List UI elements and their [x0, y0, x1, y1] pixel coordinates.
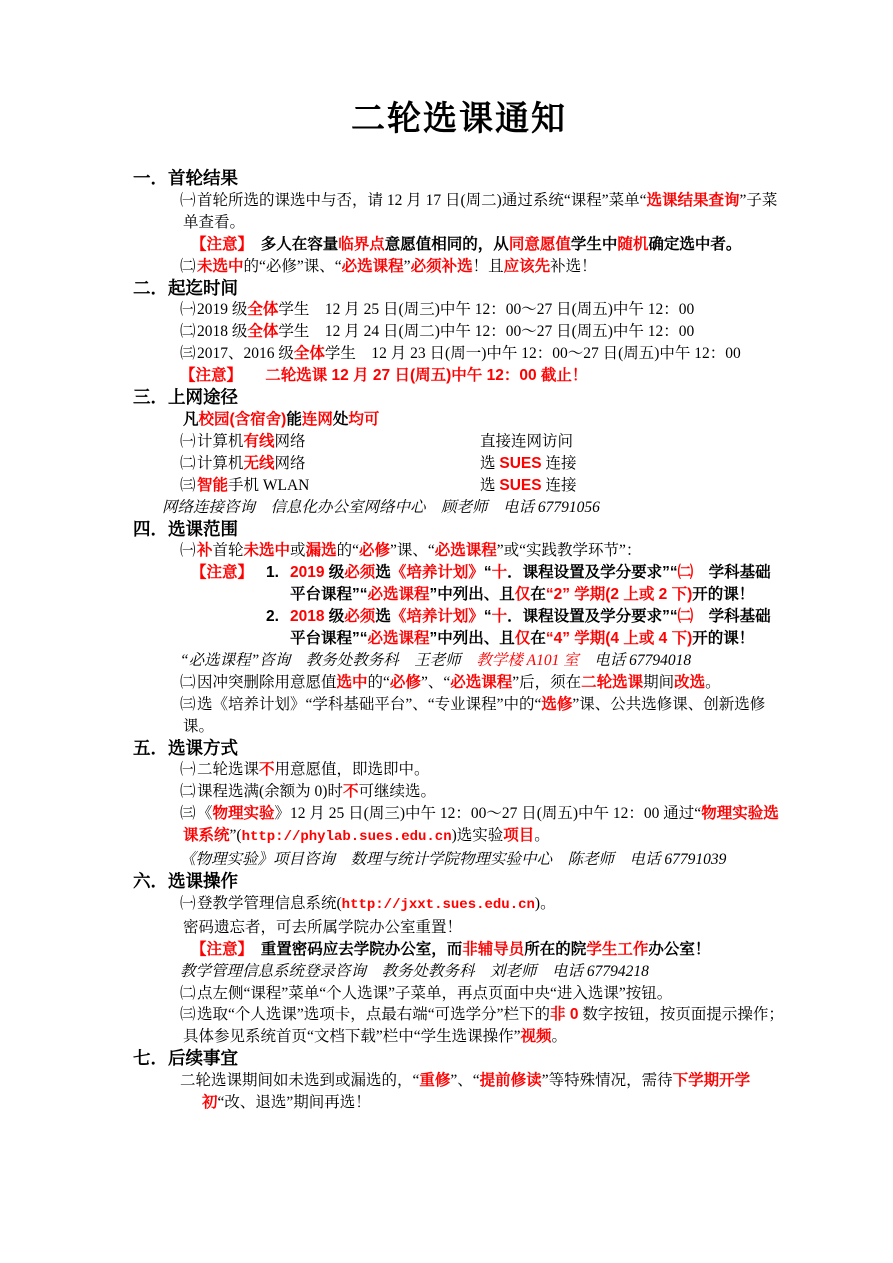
list-item: ㈡因冲突删除用意愿值选中的“必修”、“必选课程”后，须在二轮选课期间改选。	[133, 672, 785, 694]
section-heading: 六．选课操作	[133, 871, 785, 893]
item-number: 2.	[266, 606, 279, 628]
text-run: 重修	[419, 1072, 450, 1089]
text-run: 【注意】	[191, 236, 245, 253]
text-run: 十	[492, 564, 508, 581]
item-marker: ㈡	[166, 781, 196, 803]
text-run: 在	[530, 630, 546, 647]
document-title: 二轮选课通知	[133, 94, 785, 144]
text-run: 必须	[344, 608, 375, 625]
item-marker: ㈡	[166, 672, 196, 694]
text-run: 2019 级	[197, 301, 247, 318]
text-run: 选	[375, 608, 391, 625]
text-run: 选修	[541, 696, 572, 713]
text-run: 选	[480, 455, 499, 472]
text-run: 处	[333, 411, 349, 428]
text-run: ”(	[230, 827, 242, 844]
text-run: 《	[197, 805, 213, 822]
text-run: “2” 学期(2 上或 2 下)	[546, 586, 692, 603]
text-run: 选课结果查询	[646, 192, 739, 209]
text-run: 确定选中者。	[648, 236, 741, 253]
text-run: ”、“	[421, 674, 450, 691]
text-run: ”中列出、且	[430, 630, 515, 647]
text-run: 学生 12 月 25 日(周三)中午 12：00～27 日(周五)中午 12：0…	[278, 301, 694, 318]
list-item: ㈢《物理实验》12 月 25 日(周三)中午 12：00～27 日(周五)中午 …	[133, 803, 785, 849]
text-run: )。	[535, 895, 556, 912]
item-marker: ㈡	[166, 453, 196, 475]
notice-line: 【注意】 二轮选课 12 月 27 日(周五)中午 12：00 截止！	[180, 365, 785, 387]
url-text: http://phylab.sues.edu.cn	[242, 829, 452, 845]
text-run: 的“	[337, 542, 359, 559]
text-run: 级	[324, 608, 344, 625]
text-run: 临界点	[338, 236, 385, 253]
text-run: SUES	[499, 455, 541, 472]
text-run: 在	[530, 586, 546, 603]
text-run: 均可	[348, 411, 379, 428]
item-marker: ㈢	[166, 343, 196, 365]
intro-line: 凡校园(含宿舍)能连网处均可	[183, 409, 785, 431]
list-item: ㈢选《培养计划》“学科基础平台”、“专业课程”中的“选修”课、公共选修课、创新选…	[133, 694, 785, 738]
text-run: 首轮	[213, 542, 244, 559]
list-item: ㈢选取“个人选课”选项卡，点最右端“可选学分”栏下的非 0 数字按钮，按页面提示…	[133, 1004, 785, 1048]
list-item: ㈠计算机有线网络直接连网访问	[133, 431, 785, 453]
text-run: 选	[375, 564, 391, 581]
text-run: 项目	[503, 827, 534, 844]
contact-line: “必选课程”咨询 教务处教务科 王老师 教学楼 A101 室 电话 677940…	[180, 650, 785, 672]
text-run: 的“必修”课、“	[244, 258, 342, 275]
text-run: 计算机	[197, 455, 244, 472]
text-run: 选《培养计划》“学科基础平台”、“专业课程”中的“	[197, 696, 541, 713]
text-run: 仅	[515, 586, 531, 603]
list-item: ㈡2018 级全体学生 12 月 24 日(周二)中午 12：00～27 日(周…	[133, 321, 785, 343]
right-column-text: 选 SUES 连接	[480, 475, 577, 497]
text-run: 可继续选。	[358, 783, 436, 800]
text-run: 或	[290, 542, 306, 559]
text-run: 《培养计划》	[391, 564, 484, 581]
item-marker: ㈢	[166, 694, 196, 716]
item-marker: ㈠	[166, 431, 196, 453]
list-item: ㈢智能手机 WLAN选 SUES 连接	[133, 475, 785, 497]
text-run: 因冲突删除用意愿值	[197, 674, 337, 691]
text-run: 全体	[247, 301, 278, 318]
text-run: 能	[286, 411, 302, 428]
text-run: ！且	[473, 258, 504, 275]
text-run: 校园(含宿舍)	[199, 411, 287, 428]
text-run: 补选！	[550, 258, 597, 275]
text-run: ”等特殊情况，需待	[542, 1072, 673, 1089]
item-marker: ㈢	[166, 475, 196, 497]
text-run: 2019	[290, 564, 324, 581]
item-number: 1.	[266, 562, 279, 584]
text-run: “4” 学期(4 上或 4 下)	[546, 630, 692, 647]
list-item: ㈡未选中的“必修”课、“必选课程”必须补选！且应该先补选！	[133, 256, 785, 278]
text-run: 意愿值相同的，从	[385, 236, 509, 253]
section-heading: 三．上网途径	[133, 387, 785, 409]
text-run: 手机 WLAN	[228, 477, 309, 494]
text-run: 。	[534, 827, 550, 844]
text-run: 学生 12 月 24 日(周二)中午 12：00～27 日(周五)中午 12：0…	[278, 323, 694, 340]
list-item: ㈡点左侧“课程”菜单“个人选课”子菜单，再点页面中央“进入选课”按钮。	[133, 983, 785, 1005]
item-marker: ㈡	[166, 983, 196, 1005]
text-run: “	[484, 608, 492, 625]
list-item: ㈡计算机无线网络选 SUES 连接	[133, 453, 785, 475]
text-run: 选取“个人选课”选项卡，点最右端“可选学分”栏下的	[197, 1006, 550, 1023]
url-text: http://jxxt.sues.edu.cn	[342, 897, 535, 913]
notice-line: 【注意】 多人在容量临界点意愿值相同的，从同意愿值学生中随机确定选中者。	[191, 234, 785, 256]
text-run: 必修	[390, 674, 421, 691]
text-run: 电话 67794018	[579, 652, 691, 669]
list-item: ㈠二轮选课不用意愿值，即选即中。	[133, 759, 785, 781]
text-run: 网络	[275, 455, 306, 472]
item-marker: ㈠	[166, 190, 196, 212]
text-run: SUES	[499, 477, 541, 494]
text-run: 课程选满(余额为 0)时	[197, 783, 343, 800]
text-run: 登教学管理信息系统(	[197, 895, 342, 912]
text-run: 开的课！	[692, 586, 754, 603]
text-run: 必须补选	[411, 258, 473, 275]
section-heading: 二．起迄时间	[133, 278, 785, 300]
list-item: ㈠补首轮未选中或漏选的“必修”课、“必选课程”或“实践教学环节”：	[133, 540, 785, 562]
text-run: ”中列出、且	[430, 586, 515, 603]
text-run: “必选课程”咨询 教务处教务科 王老师	[180, 652, 476, 669]
text-run: 期间	[643, 674, 674, 691]
text-run: ”或“实践教学环节”：	[497, 542, 642, 559]
text-run: 级	[324, 564, 344, 581]
list-item: ㈠首轮所选的课选中与否，请 12 月 17 日(周二)通过系统“课程”菜单“选课…	[133, 190, 785, 234]
text-run: 连接	[542, 455, 577, 472]
text-run: 《物理实验》项目咨询 数理与统计学院物理实验中心 陈老师 电话 67791039	[180, 851, 726, 868]
text-run: 学生中	[571, 236, 618, 253]
text-run: 随机	[617, 236, 648, 253]
text-run: 用意愿值，即选即中。	[275, 761, 430, 778]
document-content: 二轮选课通知 一．首轮结果㈠首轮所选的课选中与否，请 12 月 17 日(周二)…	[133, 94, 785, 1114]
text-run: 非 0	[550, 1006, 578, 1023]
text-run: 不	[259, 761, 275, 778]
text-run: 《培养计划》	[391, 608, 484, 625]
contact-line: 教学管理信息系统登录咨询 教务处教务科 刘老师 电话 67794218	[180, 961, 785, 983]
text-run: ㈡	[678, 608, 694, 625]
text-run: 十	[492, 608, 508, 625]
text-run: 漏选	[306, 542, 337, 559]
list-item: ㈠2019 级全体学生 12 月 25 日(周三)中午 12：00～27 日(周…	[133, 299, 785, 321]
text-run: 2017、2016 级	[197, 345, 294, 362]
text-run: 全体	[247, 323, 278, 340]
paragraph-line: 二轮选课期间如未选到或漏选的，“重修”、“提前修读”等特殊情况，需待下学期开学初…	[133, 1070, 785, 1114]
continuation-line: 密码遗忘者，可去所属学院办公室重置！	[183, 917, 785, 939]
text-run: )选实验	[452, 827, 504, 844]
text-run: ”	[404, 258, 411, 275]
contact-line: 网络连接咨询 信息化办公室网络中心 顾老师 电话 67791056	[162, 497, 785, 519]
text-run: 的“	[368, 674, 390, 691]
text-run: 无线	[244, 455, 275, 472]
notice-line: 【注意】 重置密码应去学院办公室，而非辅导员所在的院学生工作办公室！	[191, 939, 785, 961]
text-run: 必选课程	[450, 674, 512, 691]
text-run: 教学管理信息系统登录咨询 教务处教务科 刘老师 电话 67794218	[180, 963, 649, 980]
text-run: 【注意】	[191, 941, 245, 958]
item-marker: ㈡	[166, 321, 196, 343]
text-run: ．课程设置及学分要求”“	[507, 564, 678, 581]
text-run: 网络连接咨询 信息化办公室网络中心 顾老师 电话 67791056	[162, 499, 600, 516]
text-run: 未选中	[197, 258, 244, 275]
text-run: 网络	[275, 433, 306, 450]
section-heading: 一．首轮结果	[133, 168, 785, 190]
text-run: 首轮所选的课选中与否，请 12 月 17 日(周二)通过系统“课程”菜单“	[197, 192, 646, 209]
text-run: 重置密码应去学院办公室，而	[245, 941, 462, 958]
text-run: 【注意】 二轮选课 12 月 27 日(周五)中午 12：00 截止！	[180, 367, 587, 384]
text-run: 学生工作	[586, 941, 648, 958]
text-run: 连接	[542, 477, 577, 494]
text-run: 非辅导员	[462, 941, 524, 958]
text-run: 提前修读	[480, 1072, 542, 1089]
text-run: 必须	[344, 564, 375, 581]
text-run: 二轮选课期间如未选到或漏选的，“	[180, 1072, 419, 1089]
text-run: ㈡	[678, 564, 694, 581]
text-run: 连网	[302, 411, 333, 428]
item-marker: ㈡	[166, 256, 196, 278]
notice-numbered-item: 2.2018 级必须选《培养计划》“十．课程设置及学分要求”“㈡ 学科基础平台课…	[133, 606, 785, 650]
text-run: 2018 级	[197, 323, 247, 340]
text-run: 2018	[290, 608, 324, 625]
text-run: 必选课程	[342, 258, 404, 275]
text-run: “	[484, 564, 492, 581]
text-run: 改选	[674, 674, 705, 691]
item-marker: ㈠	[166, 893, 196, 915]
list-item: ㈠登教学管理信息系统(http://jxxt.sues.edu.cn)。	[133, 893, 785, 917]
text-run: 多人在容量	[245, 236, 338, 253]
text-run: 补	[197, 542, 213, 559]
text-run: 点左侧“课程”菜单“个人选课”子菜单，再点页面中央“进入选课”按钮。	[197, 985, 672, 1002]
text-run: 必修	[359, 542, 390, 559]
text-run: ”、“	[450, 1072, 479, 1089]
text-run: 选中	[337, 674, 368, 691]
notice-numbered-item: 【注意】1.2019 级必须选《培养计划》“十．课程设置及学分要求”“㈡ 学科基…	[133, 562, 785, 606]
notice-label: 【注意】	[191, 562, 253, 584]
right-column-text: 直接连网访问	[480, 431, 573, 453]
text-run: 不	[343, 783, 359, 800]
text-run: 密码遗忘者，可去所属学院办公室重置！	[183, 919, 462, 936]
contact-line: 《物理实验》项目咨询 数理与统计学院物理实验中心 陈老师 电话 67791039	[180, 849, 785, 871]
text-run: 所在的院	[524, 941, 586, 958]
text-run: 凡	[183, 411, 199, 428]
text-run: 》12 月 25 日(周三)中午 12：00～27 日(周五)中午 12：00 …	[275, 805, 702, 822]
text-run: 未选中	[244, 542, 291, 559]
text-run: 必选课程	[435, 542, 497, 559]
item-marker: ㈠	[166, 759, 196, 781]
text-run: 选	[480, 477, 499, 494]
text-run: 智能	[197, 477, 228, 494]
text-run: 直接连网访问	[480, 433, 573, 450]
item-marker: ㈢	[166, 1004, 196, 1026]
section-heading: 七．后续事宜	[133, 1048, 785, 1070]
text-run: 必选课程	[368, 630, 430, 647]
text-run: 开的课！	[692, 630, 754, 647]
text-run: ．课程设置及学分要求”“	[507, 608, 678, 625]
text-run: 有线	[244, 433, 275, 450]
item-marker: ㈢	[166, 803, 196, 825]
text-run: 学生 12 月 23 日(周一)中午 12：00～27 日(周五)中午 12：0…	[325, 345, 741, 362]
text-run: 物理实验	[213, 805, 275, 822]
list-item: ㈡课程选满(余额为 0)时不可继续选。	[133, 781, 785, 803]
section-heading: 五．选课方式	[133, 738, 785, 760]
text-run: 。	[705, 674, 721, 691]
item-marker: ㈠	[166, 299, 196, 321]
text-run: 仅	[515, 630, 531, 647]
text-run: ”课、“	[390, 542, 435, 559]
text-run: 视频	[521, 1028, 552, 1045]
text-run: 教学楼 A101 室	[476, 652, 578, 669]
text-run: 二轮选课	[581, 674, 643, 691]
text-run: ”后，须在	[512, 674, 581, 691]
document-sections: 一．首轮结果㈠首轮所选的课选中与否，请 12 月 17 日(周二)通过系统“课程…	[133, 168, 785, 1114]
document-page: 二轮选课通知 一．首轮结果㈠首轮所选的课选中与否，请 12 月 17 日(周二)…	[0, 0, 893, 1263]
text-run: 同意愿值	[509, 236, 571, 253]
text-run: 应该先	[504, 258, 551, 275]
text-run: 。	[552, 1028, 568, 1045]
text-run: 办公室！	[648, 941, 710, 958]
item-marker: ㈠	[166, 540, 196, 562]
text-run: 全体	[294, 345, 325, 362]
text-run: 必选课程	[368, 586, 430, 603]
right-column-text: 选 SUES 连接	[480, 453, 577, 475]
text-run: 二轮选课	[197, 761, 259, 778]
list-item: ㈢2017、2016 级全体学生 12 月 23 日(周一)中午 12：00～2…	[133, 343, 785, 365]
text-run: 计算机	[197, 433, 244, 450]
section-heading: 四．选课范围	[133, 519, 785, 541]
text-run: “改、退选”期间再选！	[218, 1094, 371, 1111]
